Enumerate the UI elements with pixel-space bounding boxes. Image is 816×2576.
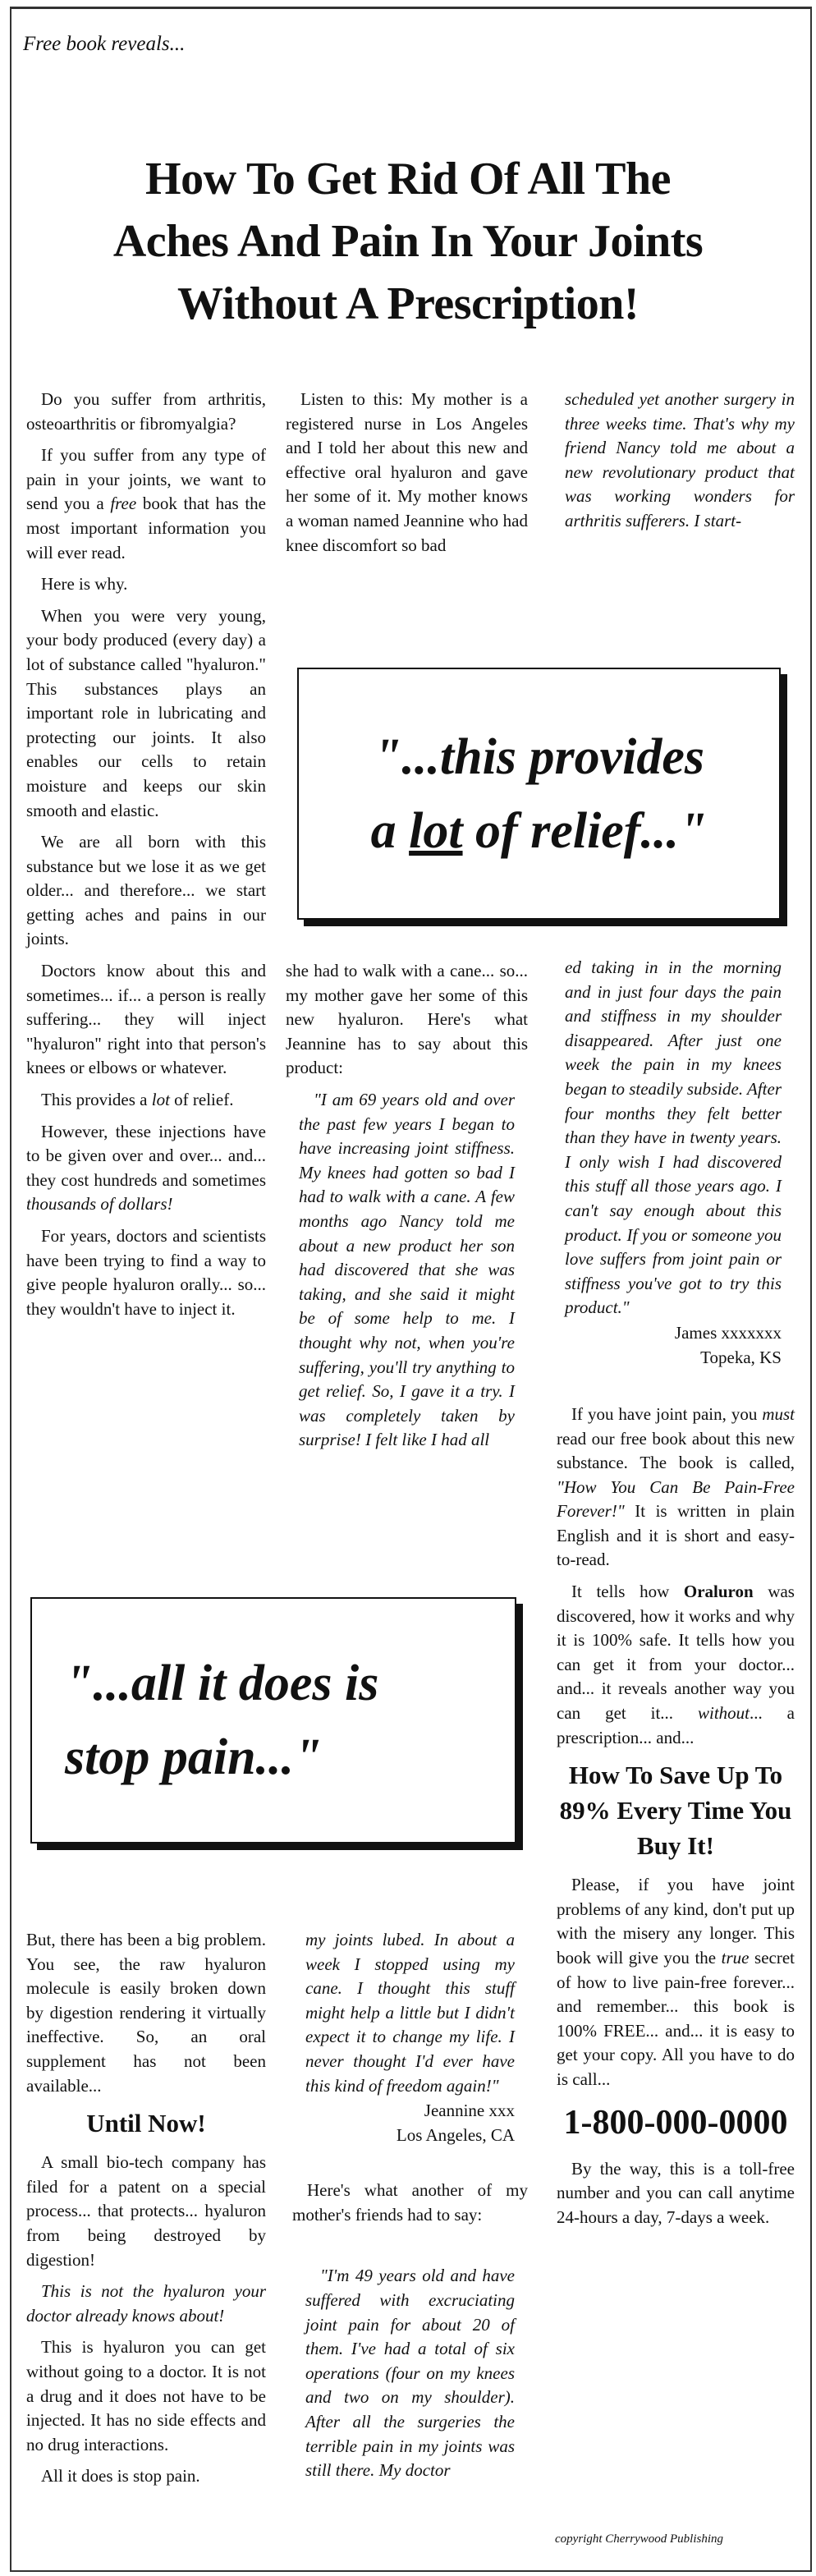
testimonial-jeannine: "I am 69 years old and over the past few… (286, 1088, 528, 1453)
testimonial-text: ed taking in in the morning and in just … (565, 956, 782, 1320)
paragraph: Here's what another of my mother's frien… (292, 2179, 528, 2227)
paragraph: We are all born with this substance but … (26, 830, 266, 952)
column-a-bottom: But, there has been a big problem. You s… (26, 1928, 266, 2496)
paragraph: If you have joint pain, you must read ou… (557, 1403, 795, 1573)
subhead-until-now: Until Now! (26, 2105, 266, 2141)
paragraph: It tells how Oraluron was discovered, ho… (557, 1580, 795, 1750)
paragraph: Doctors know about this and sometimes...… (26, 959, 266, 1081)
testimonial-text: my joints lubed. In about a week I stopp… (305, 1928, 515, 2098)
phone-number[interactable]: 1-800-000-0000 (557, 2100, 795, 2146)
headline-line: Without A Prescription! (33, 273, 783, 335)
copyright: copyright Cherrywood Publishing (555, 2532, 723, 2546)
paragraph: But, there has been a big problem. You s… (26, 1928, 266, 2098)
column-c-top: scheduled yet another surgery in three w… (565, 388, 795, 541)
kicker: Free book reveals... (23, 33, 185, 56)
callout-relief: "...this provides a lot of relief..." (297, 668, 781, 920)
signature-place: Topeka, KS (557, 1345, 795, 1370)
column-b-bottom: my joints lubed. In about a week I stopp… (292, 1928, 528, 2483)
paragraph: Please, if you have joint problems of an… (557, 1873, 795, 2092)
paragraph: A small bio-tech company has filed for a… (26, 2151, 266, 2272)
callout-line: a lot of relief..." (371, 794, 708, 868)
column-b-top: Listen to this: My mother is a registere… (286, 388, 528, 565)
paragraph: For years, doctors and scientists have b… (26, 1224, 266, 1321)
signature-name: Jeannine xxx (292, 2098, 528, 2123)
testimonial-text: "I'm 49 years old and have suffered with… (305, 2264, 515, 2482)
headline-line: Aches And Pain In Your Joints (33, 210, 783, 273)
paragraph: All it does is stop pain. (26, 2464, 266, 2489)
paragraph: scheduled yet another surgery in three w… (565, 388, 795, 534)
callout-line: "...all it does is (65, 1646, 378, 1720)
testimonial-james: ed taking in in the morning and in just … (557, 956, 795, 1320)
paragraph: By the way, this is a toll-free number a… (557, 2157, 795, 2230)
paragraph: she had to walk with a cane... so... my … (286, 959, 528, 1081)
paragraph: Listen to this: My mother is a registere… (286, 388, 528, 558)
callout-line: "...this provides (371, 720, 708, 794)
paragraph: This is hyaluron you can get without goi… (26, 2335, 266, 2457)
paragraph: This is not the hyaluron your doctor alr… (26, 2280, 266, 2328)
callout-stop-pain: "...all it does is stop pain..." (30, 1597, 516, 1844)
paragraph: Do you suffer from arthritis, osteoarthr… (26, 388, 266, 436)
signature-name: James xxxxxxx (557, 1320, 795, 1345)
paragraph: Here is why. (26, 572, 266, 597)
headline: How To Get Rid Of All The Aches And Pain… (33, 148, 783, 335)
column-a-top: Do you suffer from arthritis, osteoarthr… (26, 388, 266, 1329)
paragraph: This provides a lot of relief. (26, 1088, 266, 1113)
callout-line: stop pain..." (65, 1720, 378, 1794)
testimonial-text: "I am 69 years old and over the past few… (299, 1088, 515, 1453)
paragraph: When you were very young, your body prod… (26, 604, 266, 823)
signature-place: Los Angeles, CA (292, 2123, 528, 2147)
testimonial-anonymous: "I'm 49 years old and have suffered with… (292, 2264, 528, 2482)
column-c-mid: ed taking in in the morning and in just … (557, 956, 795, 2237)
paragraph: If you suffer from any type of pain in y… (26, 443, 266, 565)
testimonial-jeannine-end: my joints lubed. In about a week I stopp… (292, 1928, 528, 2098)
headline-line: How To Get Rid Of All The (33, 148, 783, 210)
paragraph: However, these injections have to be giv… (26, 1120, 266, 1217)
column-b-mid: she had to walk with a cane... so... my … (286, 959, 528, 1453)
subhead-save: How To Save Up To 89% Every Time You Buy… (557, 1757, 795, 1863)
